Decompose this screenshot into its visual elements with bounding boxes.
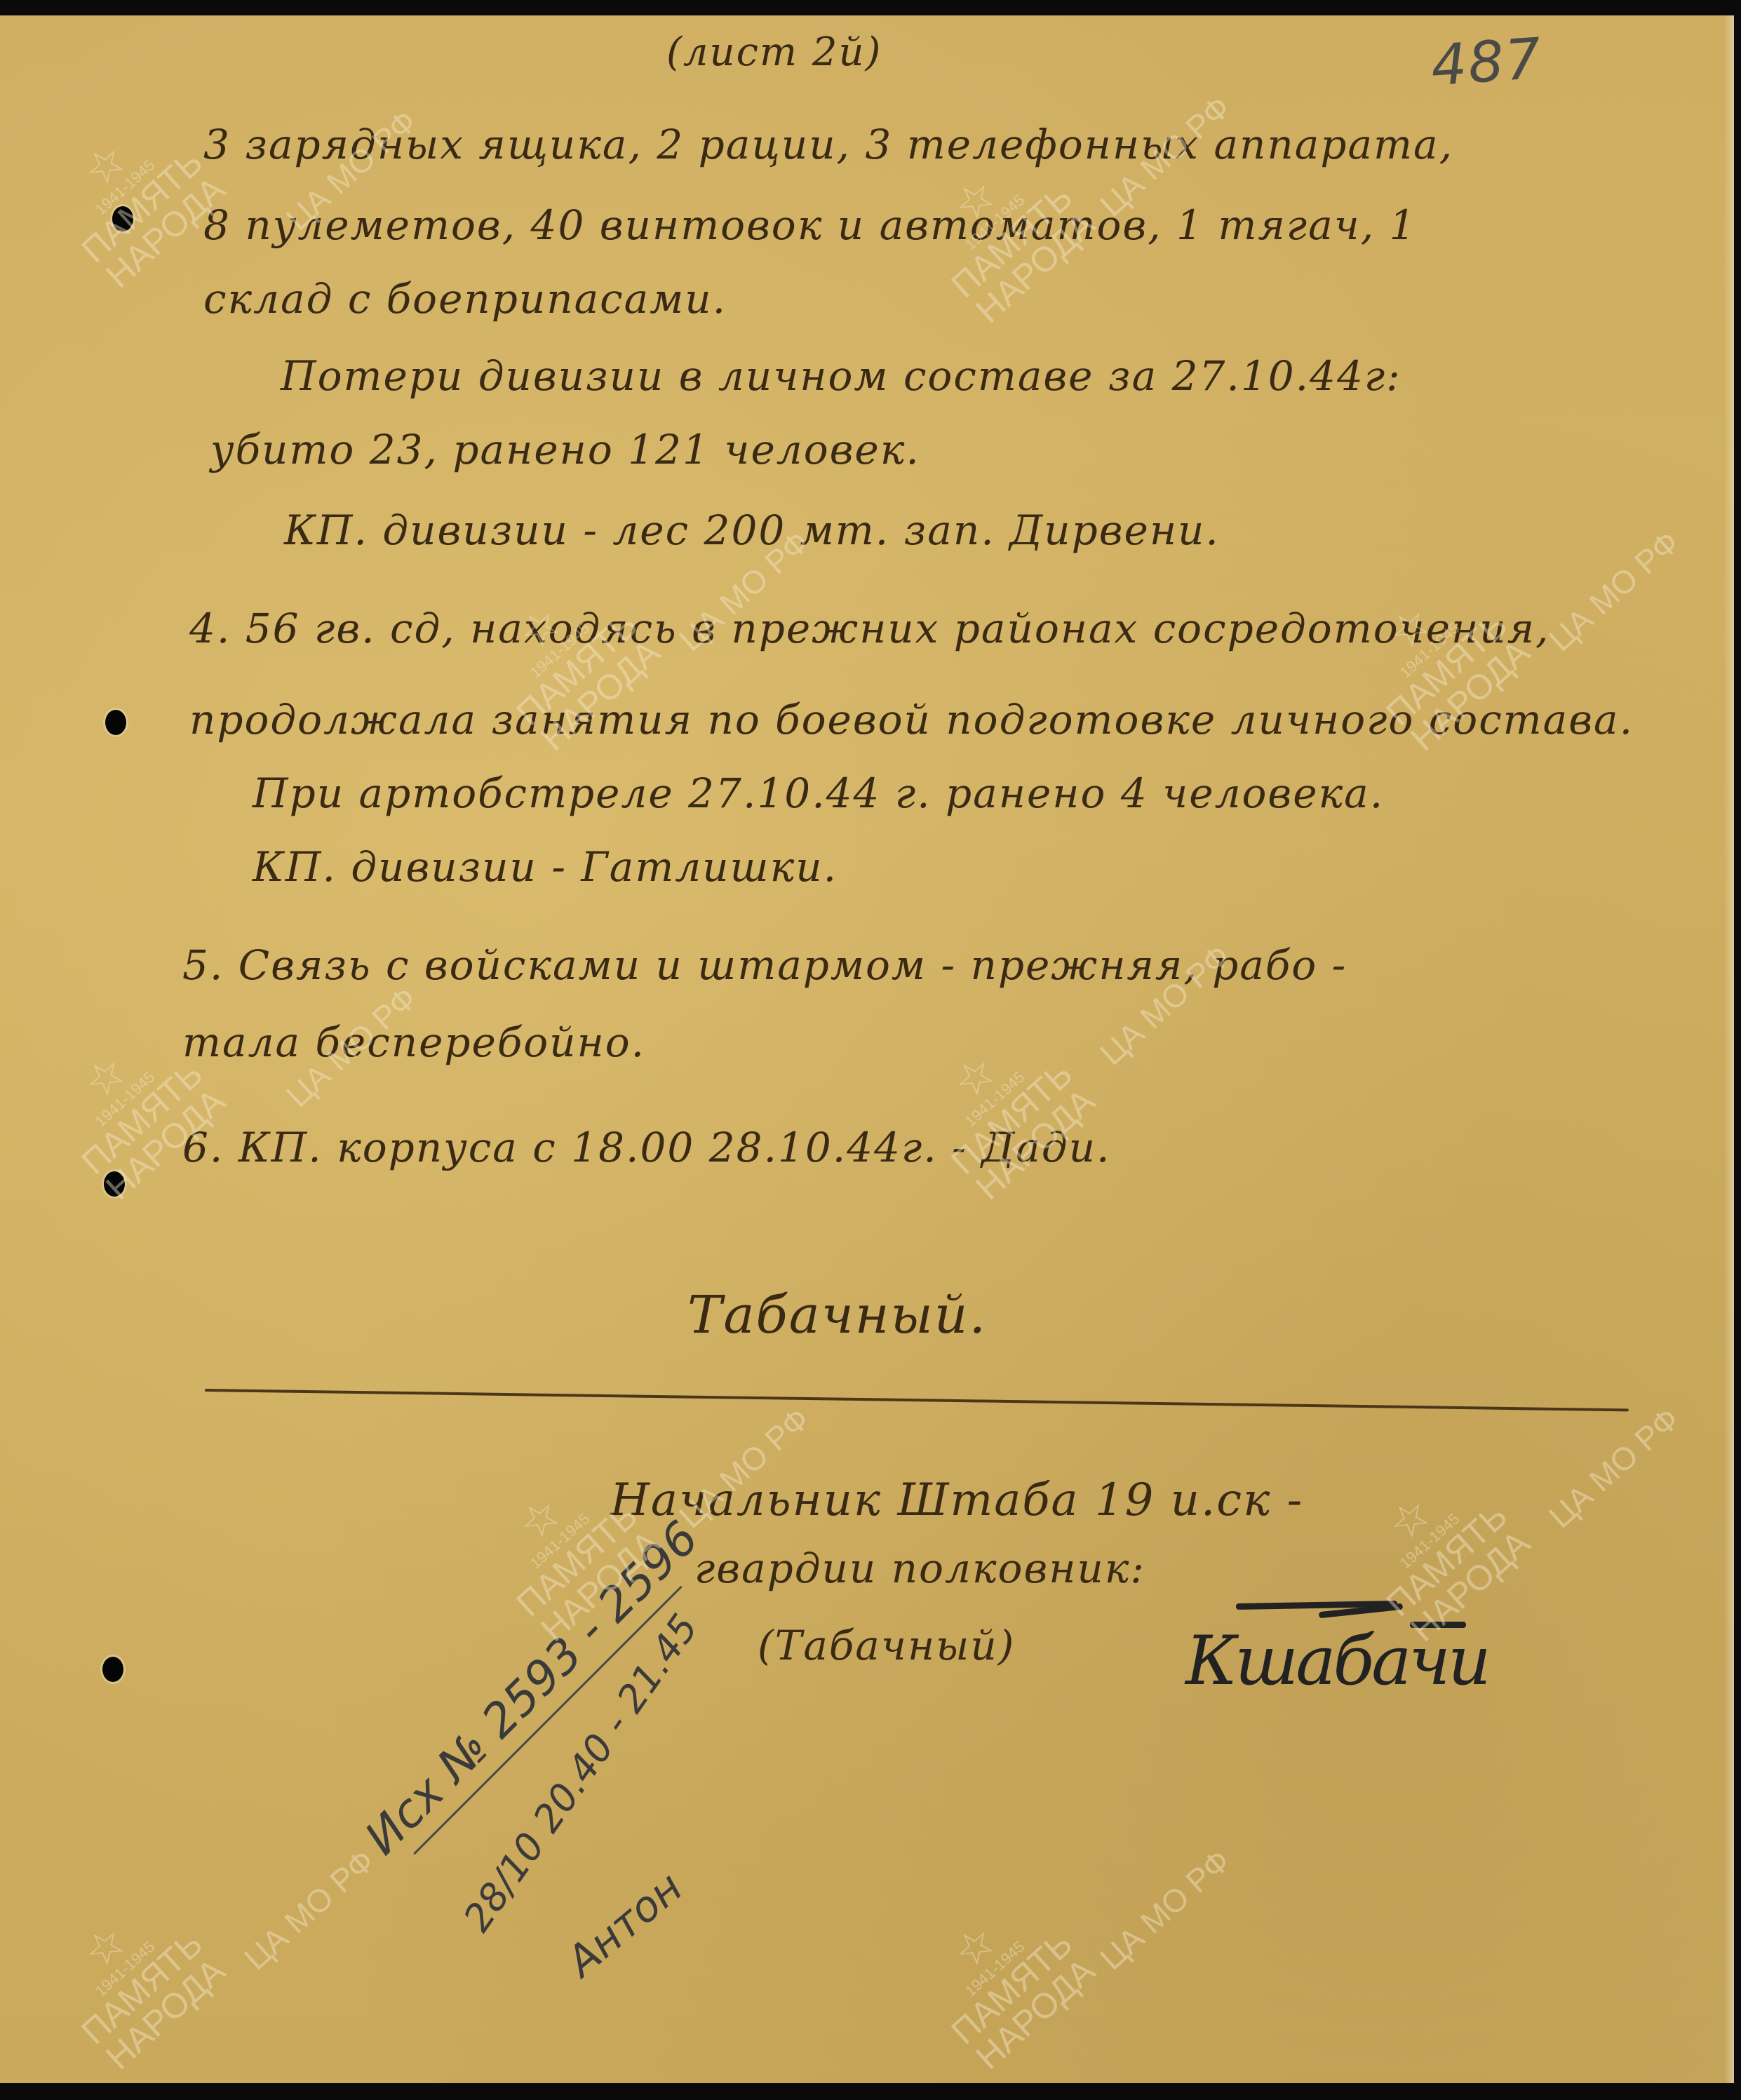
watermark-project: ☆ 1941-1945 ПАМЯТЬ НАРОДА [905,1011,1102,1206]
watermark-project: ☆ 1941-1945 ПАМЯТЬ НАРОДА [35,99,232,295]
star-icon: ☆ [35,1880,175,2012]
star-icon: ☆ [35,99,175,231]
punch-hole [112,206,133,231]
text-line: склад с боеприпасами. [203,275,727,323]
handwritten-signature: Кшабачи [1185,1622,1488,1700]
star-icon: ☆ [35,1011,175,1143]
divider-line [205,1389,1629,1411]
signer-rank: гвардии полковник: [694,1544,1145,1592]
text-line: КП. дивизии - Гатлишки. [253,843,838,891]
text-line: КП. дивизии - лес 200 мт. зап. Дирвени. [284,506,1220,554]
text-line: убито 23, ранено 121 человек. [210,426,920,473]
archive-page-number: 487 [1429,26,1545,99]
text-line: 5. Связь с войсками и штармом - прежняя,… [182,941,1347,989]
watermark-project: ☆ 1941-1945 ПАМЯТЬ НАРОДА [905,1880,1102,2076]
punch-hole [102,1657,123,1682]
clerk-initials: Антон [558,1862,692,1986]
watermark-project: ☆ 1941-1945 ПАМЯТЬ НАРОДА [1340,1453,1537,1648]
signer-name: (Табачный) [758,1622,1015,1669]
text-line: тала бесперебойно. [182,1018,645,1066]
star-icon: ☆ [905,1880,1044,2012]
text-line: 4. 56 гв. сд, находясь в прежних районах… [189,605,1550,652]
star-icon: ☆ [470,1453,610,1584]
text-line: 3 зарядных ящика, 2 рации, 3 телефонных … [203,121,1453,168]
document-page: (лист 2й) 487 3 зарядных ящика, 2 рации,… [0,15,1734,2083]
watermark-archive: ЦА МО РФ [1543,525,1684,657]
sheet-label: (лист 2й) [666,29,882,75]
watermark-archive: ЦА МО РФ [238,1843,379,1975]
text-line: 8 пулеметов, 40 винтовок и автоматов, 1 … [203,201,1417,249]
watermark-archive: ЦА МО РФ [1094,1843,1235,1975]
watermark-project: ☆ 1941-1945 ПАМЯТЬ НАРОДА [35,1880,232,2076]
text-line: продолжала занятия по боевой подготовке … [189,696,1634,743]
text-line: Потери дивизии в личном составе за 27.10… [281,352,1401,400]
punch-hole [105,710,126,735]
signer-title: Начальник Штаба 19 и.ск - [610,1474,1303,1526]
text-line: 6. КП. корпуса с 18.00 28.10.44г. - Дади… [182,1124,1110,1171]
watermark-archive: ЦА МО РФ [1543,1401,1684,1533]
text-line: При артобстреле 27.10.44 г. ранено 4 чел… [253,769,1384,817]
star-icon: ☆ [1340,1453,1479,1584]
punch-hole [104,1171,125,1197]
closing-name: Табачный. [687,1285,987,1345]
